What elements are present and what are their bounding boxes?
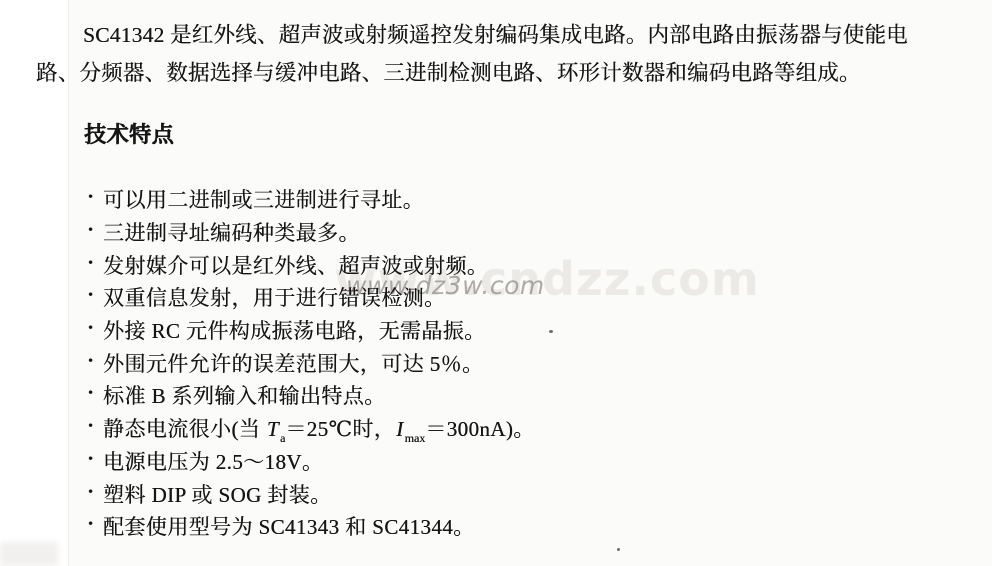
intro-paragraph: SC41342 是红外线、超声波或射频遥控发射编码集成电路。内部电路由振荡器与使…: [36, 16, 942, 92]
feature-item: •标准 B 系列输入和输出特点。: [88, 379, 535, 412]
feature-item: •静态电流很小(当 Ta＝25℃时，Imax＝300nA)。: [88, 412, 535, 445]
bullet-icon: •: [88, 518, 103, 532]
feature-text: 双重信息发射，用于进行错误检测。: [103, 282, 445, 312]
feature-item: •塑料 DIP 或 SOG 封装。: [88, 477, 535, 510]
feature-text: 发射媒介可以是红外线、超声波或射频。: [103, 250, 488, 280]
feature-text: 三进制寻址编码种类最多。: [103, 217, 360, 247]
feature-item: •配套使用型号为 SC41343 和 SC41344。: [88, 510, 535, 543]
feature-item: •双重信息发射，用于进行错误检测。: [88, 281, 535, 314]
bullet-icon: •: [88, 322, 103, 336]
scan-artifact-dot: [549, 330, 553, 333]
bullet-icon: •: [88, 453, 103, 467]
bullet-icon: •: [88, 387, 103, 401]
section-title: 技术特点: [84, 118, 174, 149]
feature-list: •可以用二进制或三进制进行寻址。•三进制寻址编码种类最多。•发射媒介可以是红外线…: [88, 183, 535, 543]
feature-item: •三进制寻址编码种类最多。: [88, 216, 535, 249]
bullet-icon: •: [88, 224, 103, 238]
bullet-icon: •: [88, 486, 103, 500]
feature-item: •发射媒介可以是红外线、超声波或射频。: [88, 248, 535, 281]
bullet-icon: •: [88, 289, 103, 303]
feature-text: 可以用二进制或三进制进行寻址。: [103, 184, 424, 214]
feature-text: 静态电流很小(当 Ta＝25℃时，Imax＝300nA)。: [103, 413, 535, 443]
feature-text: 标准 B 系列输入和输出特点。: [103, 380, 386, 410]
feature-text: 配套使用型号为 SC41343 和 SC41344。: [103, 511, 475, 541]
bullet-icon: •: [88, 191, 103, 205]
bullet-icon: •: [88, 257, 103, 271]
bullet-icon: •: [88, 420, 103, 434]
feature-item: •可以用二进制或三进制进行寻址。: [88, 183, 535, 216]
feature-item: •外围元件允许的误差范围大，可达 5％。: [88, 346, 535, 379]
scan-corner-shade: [0, 542, 58, 566]
intro-line-1: SC41342 是红外线、超声波或射频遥控发射编码集成电路。内部电路由振荡器与使…: [36, 16, 942, 54]
feature-text: 外接 RC 元件构成振荡电路，无需晶振。: [103, 315, 486, 345]
intro-line-2: 路、分频器、数据选择与缓冲电路、三进制检测电路、环形计数器和编码电路等组成。: [36, 54, 942, 92]
feature-text: 塑料 DIP 或 SOG 封装。: [103, 479, 331, 509]
scan-artifact-dot: [617, 548, 620, 551]
feature-text: 外围元件允许的误差范围大，可达 5％。: [103, 348, 483, 378]
feature-item: •电源电压为 2.5～18V。: [88, 445, 535, 478]
bullet-icon: •: [88, 355, 103, 369]
feature-item: •外接 RC 元件构成振荡电路，无需晶振。: [88, 314, 535, 347]
document-page: www.cndzz.com www.dz3w.com SC41342 是红外线、…: [0, 0, 992, 566]
feature-text: 电源电压为 2.5～18V。: [103, 446, 323, 476]
